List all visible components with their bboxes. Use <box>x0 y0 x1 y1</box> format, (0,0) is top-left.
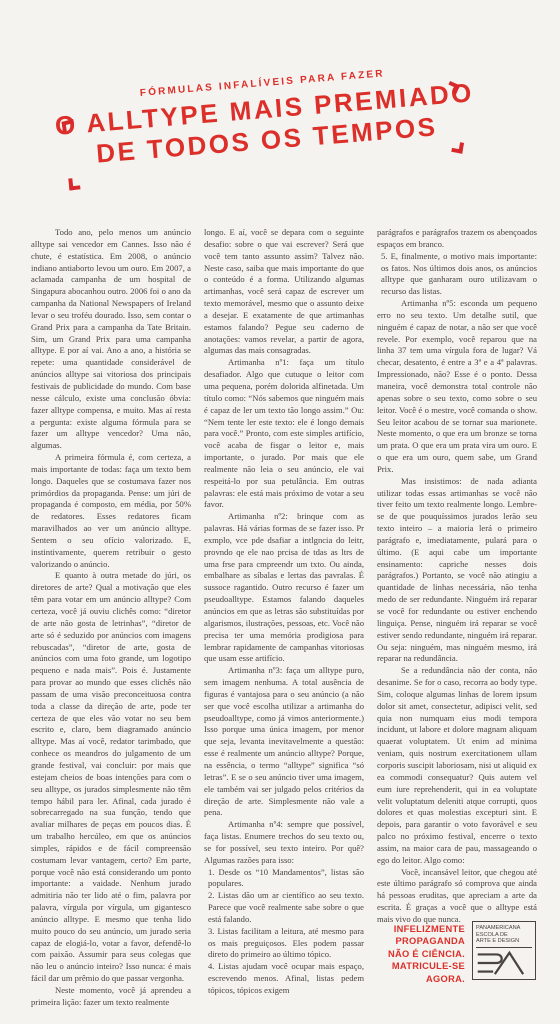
open-quote-icon <box>61 117 76 134</box>
paragraph: 2. Listas dão um ar científico ao seu te… <box>204 890 364 926</box>
text-column-2: longo. E aí, você se depara com o seguin… <box>204 227 364 1009</box>
paragraph: Todo ano, pelo menos um anúncio alltype … <box>31 227 191 452</box>
cta-line: PROPAGANDA <box>376 935 465 947</box>
paragraph: 1. Desde os “10 Mandamentos”, listas são… <box>204 867 364 891</box>
paragraph: E quanto à outra metade do júri, os dire… <box>31 570 191 985</box>
text-column-3: parágrafos e parágrafos trazem os abenço… <box>377 227 537 1009</box>
paragraph: Se a redundância não der conta, não desa… <box>377 665 537 866</box>
paragraph: 4. Listas ajudam você ocupar mais espaço… <box>204 961 364 997</box>
panamericana-logo: PANAMERICANA ESCOLA DE ARTE E DESIGN <box>472 921 536 980</box>
paragraph: parágrafos e parágrafos trazem os abenço… <box>377 227 537 251</box>
paragraph: Artimanha nº4: sempre que possível, faça… <box>204 819 364 866</box>
cta-line: AGORA. <box>376 973 465 985</box>
article-body: Todo ano, pelo menos um anúncio alltype … <box>31 227 537 1009</box>
pa-monogram-icon <box>476 950 532 981</box>
text-column-1: Todo ano, pelo menos um anúncio alltype … <box>31 227 191 1009</box>
paragraph: 3. Listas facilitam a leitura, até mesmo… <box>204 926 364 962</box>
logo-wordmark: PANAMERICANA ESCOLA DE ARTE E DESIGN <box>476 925 532 948</box>
ad-page: FÓRMULAS INFALÍVEIS PARA FAZER O ALLTYPE… <box>0 0 560 1024</box>
cta-line: INFELIZMENTE <box>376 923 465 935</box>
paragraph: Mas insistimos: de nada adianta utilizar… <box>377 476 537 666</box>
cta-line: NÃO É CIÊNCIA. <box>376 948 465 960</box>
paragraph: Neste momento, você já aprendeu a primei… <box>31 985 191 1009</box>
logo-line-1: PANAMERICANA <box>476 925 532 932</box>
cta-text: INFELIZMENTEPROPAGANDANÃO É CIÊNCIA.MATR… <box>376 921 465 985</box>
paragraph: 5. E, finalmente, o motivo mais importan… <box>377 251 537 298</box>
headline-block: FÓRMULAS INFALÍVEIS PARA FAZER O ALLTYPE… <box>38 60 493 174</box>
open-quote-icon <box>65 177 81 192</box>
logo-line-3: ARTE E DESIGN <box>476 938 532 945</box>
logo-line-2: ESCOLA DE <box>476 932 532 939</box>
paragraph: longo. E aí, você se depara com o seguin… <box>204 227 364 357</box>
paragraph: Você, incansável leitor, que chegou até … <box>377 867 537 926</box>
paragraph: Artimanha nº2: brinque com as palavras. … <box>204 511 364 665</box>
cta-line: MATRICULE-SE <box>376 960 465 972</box>
paragraph: A primeira fórmula é, com certeza, a mai… <box>31 452 191 570</box>
footer: INFELIZMENTEPROPAGANDANÃO É CIÊNCIA.MATR… <box>376 921 536 985</box>
close-quote-icon <box>450 141 467 156</box>
paragraph: Artimanha nº5: esconda um pequeno erro n… <box>377 298 537 476</box>
paragraph: Artimanha nº3: faça um alltype puro, sem… <box>204 665 364 819</box>
paragraph: Artimanha nº1: faça um título desafiador… <box>204 357 364 511</box>
